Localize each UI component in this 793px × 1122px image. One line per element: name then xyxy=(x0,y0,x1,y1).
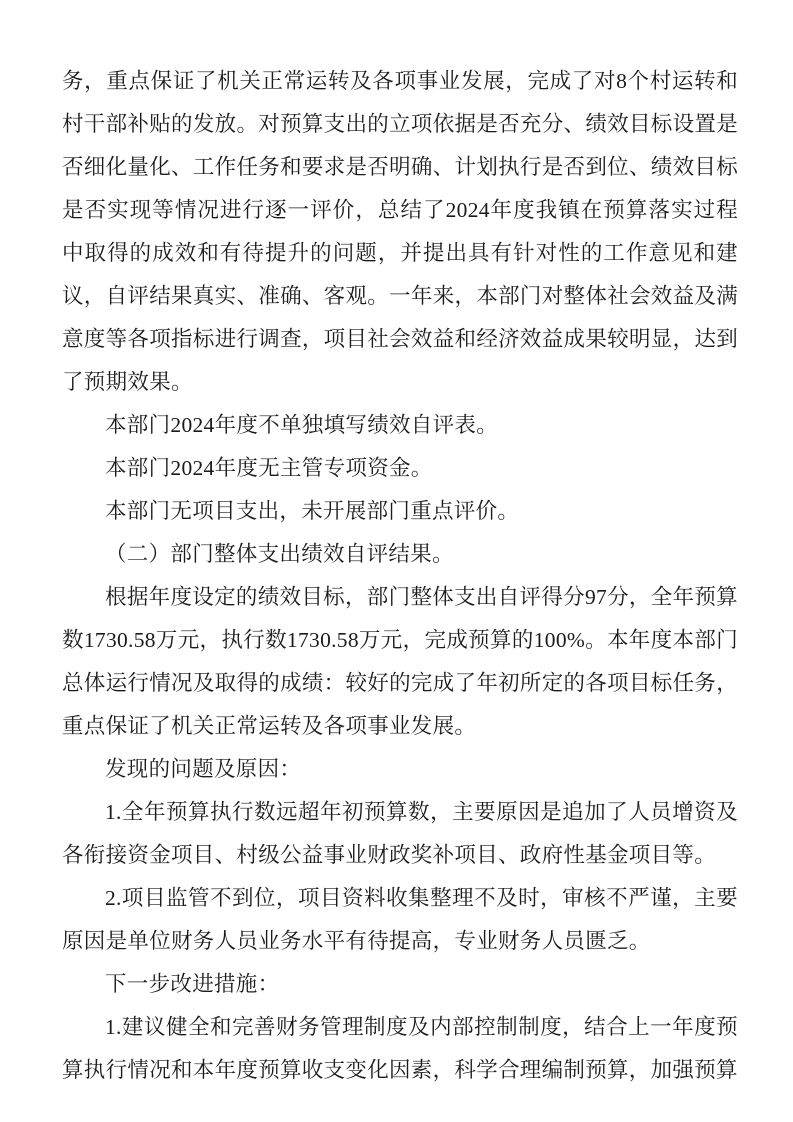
paragraph: 根据年度设定的绩效目标，部门整体支出自评得分97分，全年预算数1730.58万元… xyxy=(62,576,738,748)
paragraph: 本部门无项目支出，未开展部门重点评价。 xyxy=(62,490,738,533)
paragraph: 2.项目监管不到位，项目资料收集整理不及时，审核不严谨，主要原因是单位财务人员业… xyxy=(62,877,738,963)
paragraph: 本部门2024年度不单独填写绩效自评表。 xyxy=(62,404,738,447)
document-page: 务，重点保证了机关正常运转及各项事业发展，完成了对8个村运转和村干部补贴的发放。… xyxy=(0,0,793,1122)
paragraph: 发现的问题及原因： xyxy=(62,748,738,791)
paragraph: 务，重点保证了机关正常运转及各项事业发展，完成了对8个村运转和村干部补贴的发放。… xyxy=(62,60,738,404)
paragraph: 1.全年预算执行数远超年初预算数，主要原因是追加了人员增资及各衔接资金项目、村级… xyxy=(62,791,738,877)
paragraph: （二）部门整体支出绩效自评结果。 xyxy=(62,533,738,576)
paragraph: 1.建议健全和完善财务管理制度及内部控制制度，结合上一年度预算执行情况和本年度预… xyxy=(62,1006,738,1092)
document-body: 务，重点保证了机关正常运转及各项事业发展，完成了对8个村运转和村干部补贴的发放。… xyxy=(62,60,738,1092)
paragraph: 下一步改进措施： xyxy=(62,963,738,1006)
paragraph: 本部门2024年度无主管专项资金。 xyxy=(62,447,738,490)
